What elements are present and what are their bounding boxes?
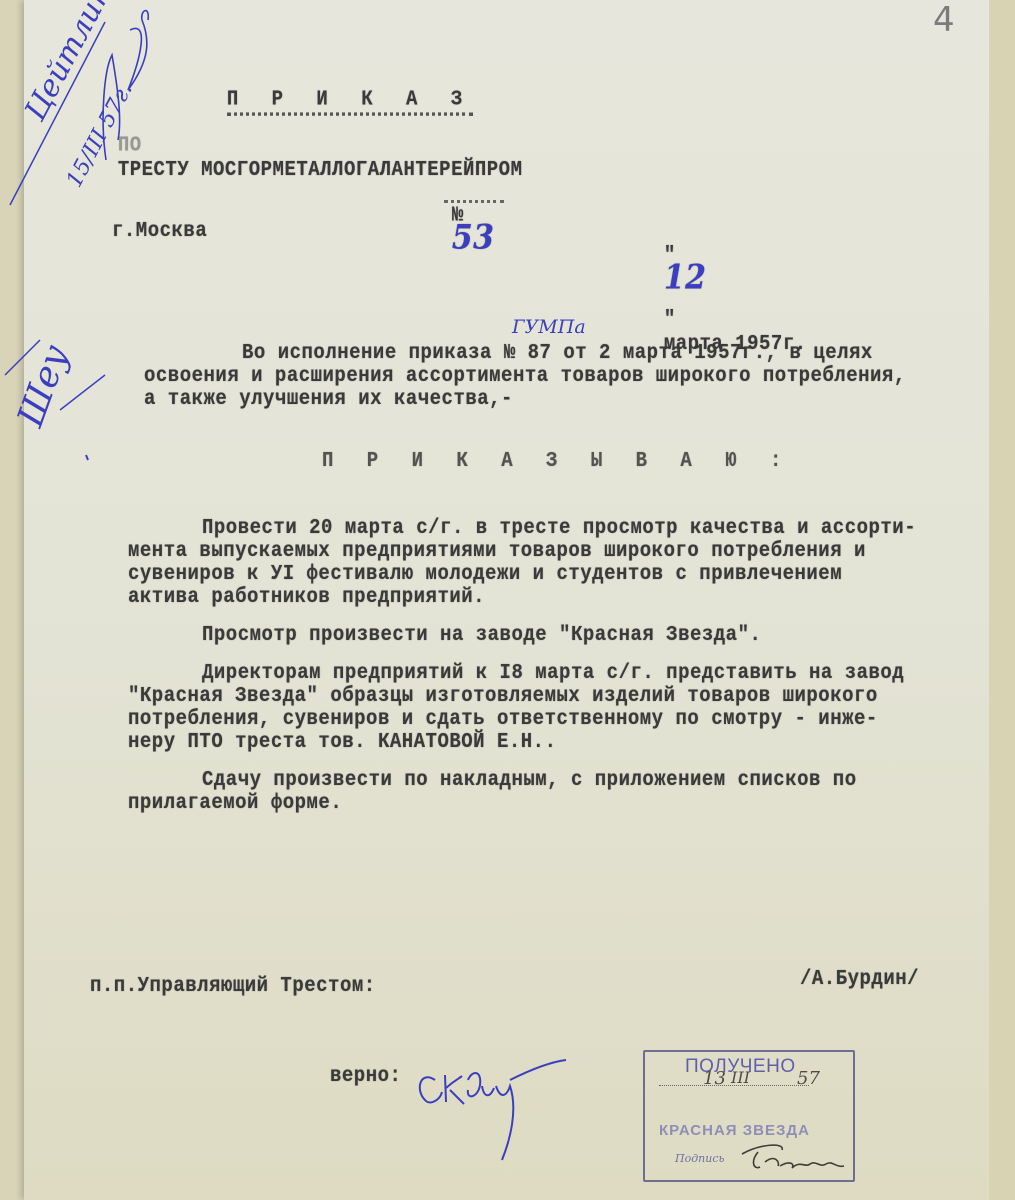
stamp-organization: КРАСНАЯ ЗВЕЗДА (659, 1122, 810, 1139)
page-number: 4 (933, 0, 955, 40)
stamp-date-month: III (731, 1068, 750, 1087)
paragraph-4-line-1: Сдачу произвести по накладным, с приложе… (202, 767, 857, 792)
stamp-date-year: 57 (797, 1068, 820, 1089)
paragraph-3-line-2: "Красная Звезда" образцы изготовляемых и… (128, 683, 878, 708)
certified-signature-icon (410, 1040, 580, 1170)
signature-name: /А.Бурдин/ (800, 966, 919, 991)
stamp-signature-icon (740, 1142, 850, 1177)
paragraph-3-line-4: неру ПТО треста тов. КАНАТОВОЙ Е.Н.. (128, 729, 556, 754)
stamp-signature-label: Подпись (675, 1152, 725, 1165)
stamp-date-day: 13 (703, 1068, 726, 1089)
document-title: П Р И К А З (182, 62, 473, 111)
date: " 12 " марта 1957г. (640, 218, 807, 356)
certified-label: верно: (330, 1063, 401, 1088)
number-underline (444, 200, 504, 203)
paragraph-1-line-3: сувениров к УI фестивалю молодежи и студ… (128, 561, 842, 586)
document-subtitle: ПО ТРЕСТУ МОСГОРМЕТАЛЛОГАЛАНТЕРЕЙПРОМ (94, 108, 522, 182)
paragraph-1-line-4: актива работников предприятий. (128, 584, 485, 609)
paragraph-1-line-1: Провести 20 марта с/г. в тресте просмотр… (202, 515, 916, 540)
date-quote-close: " (664, 306, 676, 331)
paragraph-3-line-3: потребления, сувениров и сдать ответстве… (128, 706, 878, 731)
margin-strokes-icon (0, 330, 120, 470)
paragraph-4-line-2: прилагаемой форме. (128, 790, 342, 815)
subtitle-prefix: ПО (118, 133, 142, 158)
preamble-line-2: освоения и расширения ассортимента товар… (144, 363, 906, 388)
number-value: 53 (452, 218, 495, 257)
preamble-insert: ГУМПа (512, 316, 586, 338)
order-number: № 53 (428, 178, 495, 266)
preamble-line-3: а также улучшения их качества,- (144, 386, 513, 411)
order-heading: П Р И К А З Ы В А Ю : (322, 448, 792, 473)
paragraph-1-line-2: мента выпускаемых предприятиями товаров … (128, 538, 866, 563)
paragraph-3-line-1: Директорам предприятий к I8 марта с/г. п… (202, 660, 904, 685)
paragraph-2-line-1: Просмотр произвести на заводе "Красная З… (202, 622, 761, 647)
preamble-line-1: Во исполнение приказа № 87 от 2 марта 19… (242, 340, 873, 365)
date-day: 12 (664, 258, 707, 297)
city: г.Москва (112, 218, 207, 243)
received-stamp: ПОЛУЧЕНО 13 III 57 КРАСНАЯ ЗВЕЗДА Подпис… (643, 1050, 855, 1182)
signature-role: п.п.Управляющий Трестом: (90, 973, 376, 998)
binder-edge (989, 0, 1015, 1200)
